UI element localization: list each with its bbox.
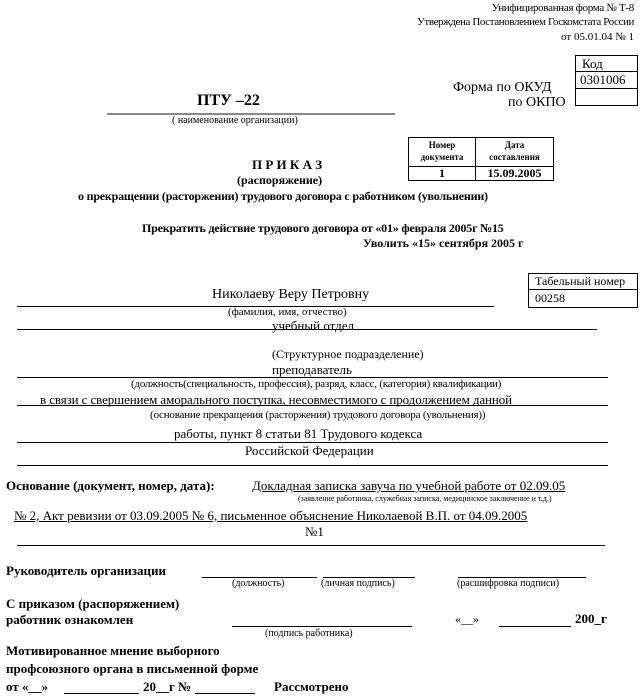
head-position-caption: (должность) [232, 578, 285, 589]
union-line1: Мотивированное мнение выборного [6, 643, 220, 659]
department-value: учебный отдел [272, 318, 354, 334]
organization-name: ПТУ –22 [197, 92, 260, 110]
reason-line3: Российской Федерации [245, 443, 374, 459]
union-date-from: от «__» [6, 679, 48, 695]
union-line2: профсоюзного органа в письменной форме [6, 661, 258, 677]
doc-number-header: Номер документа [409, 139, 475, 163]
reason-line1-rule [17, 405, 608, 406]
union-date-year: 20__г № [143, 679, 191, 695]
form-reference-line2: Утверждена Постановлением Госкомстата Ро… [417, 16, 634, 28]
form-reference-line1: Унифицированная форма № Т-8 [492, 2, 634, 14]
basis-line3-rule [17, 545, 605, 546]
code-box: Код 0301006 [575, 55, 638, 106]
tab-number-label: Табельный номер [535, 274, 625, 289]
basis-line2: № 2, Акт ревизии от 03.09.2005 № 6, пись… [14, 508, 527, 524]
basis-line1: Докладная записка завуча по учебной рабо… [252, 478, 565, 494]
position-caption: (должность(специальность, профессия), ра… [131, 378, 501, 390]
ack-date-day: «__» [455, 612, 479, 627]
department-line [17, 329, 597, 330]
head-of-organization-label: Руководитель организации [6, 563, 166, 579]
document-subtitle: (распоряжение) [237, 173, 322, 188]
doc-number-value: 1 [409, 166, 475, 181]
tab-number-box: Табельный номер 00258 [528, 273, 638, 308]
doc-number-header-line1: Номер [409, 139, 475, 151]
code-box-divider [576, 88, 637, 89]
head-decode-caption: (расшифровка подписи) [457, 578, 559, 589]
employee-name: Николаеву Веру Петровну [212, 287, 369, 303]
tab-number-divider [529, 289, 637, 290]
union-number-line[interactable] [195, 693, 255, 694]
terminate-contract-line: Прекратить действие трудового договора о… [142, 221, 504, 236]
okpo-label: по ОКПО [508, 95, 566, 111]
union-date-month-line[interactable] [64, 693, 139, 694]
doc-date-header-line2: составления [475, 151, 554, 163]
code-header: Код [582, 56, 603, 72]
reason-line2: работы, пункт 8 статьи 81 Трудового коде… [174, 426, 422, 442]
acknowledgement-line1: С приказом (распоряжением) [6, 596, 179, 612]
doc-date-header-line1: Дата [475, 139, 554, 151]
doc-date-value: 15.09.2005 [475, 166, 554, 181]
dismiss-date-line: Уволить «15» сентября 2005 г [363, 236, 524, 251]
document-description: о прекращении (расторжении) трудового до… [78, 189, 488, 204]
form-reference-line3: от 05.01.04 № 1 [561, 31, 634, 43]
organization-caption: ( наименование организации) [172, 115, 298, 126]
acknowledgement-line2: работник ознакомлен [6, 612, 133, 628]
head-signature-caption: (личная подпись) [321, 578, 395, 589]
basis-label: Основание (документ, номер, дата): [6, 478, 215, 494]
reason-line3-rule [17, 465, 608, 466]
basis-line3: №1 [305, 524, 324, 540]
employee-name-caption: (фамилия, имя, отчество) [228, 306, 347, 318]
union-reviewed: Рассмотрено [274, 679, 349, 695]
employee-signature-line[interactable] [232, 626, 412, 627]
basis-caption: (заявление работника, служебная записка,… [298, 494, 552, 503]
ack-date-month-line[interactable] [499, 626, 571, 627]
department-caption: (Структурное подразделение) [272, 347, 424, 362]
document-title: П Р И К А З [252, 157, 322, 173]
doc-number-header-line2: документа [409, 151, 475, 163]
reason-caption: (основание прекращения (расторжения) тру… [150, 409, 485, 421]
okud-code: 0301006 [580, 72, 626, 88]
doc-date-header: Дата составления [475, 139, 554, 163]
employee-signature-caption: (подпись работника) [265, 628, 353, 639]
ack-date-year: 200_г [575, 611, 607, 627]
document-number-date-table: Номер документа Дата составления 1 15.09… [408, 137, 554, 181]
okud-label: Форма по ОКУД [453, 80, 552, 96]
tab-number-value: 00258 [535, 291, 565, 306]
position-value: преподаватель [272, 362, 352, 378]
